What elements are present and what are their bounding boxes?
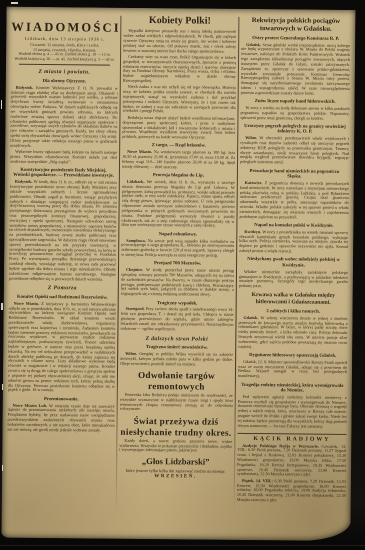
article-paragraph: Nowe Miasto. Na wtorkowym targu płacono … (122, 150, 235, 170)
paragraph-lead: Piątek, 14. VIII.: (242, 478, 275, 483)
scan-artifact (2, 465, 3, 471)
scan-artifact (1, 303, 3, 310)
article-subhead: Prowokacje band niemieckich na pogranicz… (242, 169, 347, 181)
article-paragraph: Gdańsk, 12. 8. Minister sprawiedliwości … (238, 360, 347, 380)
scan-edge-line (0, 545, 365, 546)
article-paragraph: Sampława. Na szosie pod wsią napadło kil… (121, 238, 234, 258)
article-headline: Kobiety Polki! (123, 16, 236, 28)
article-paragraph: Nowe Miasto Lub. W ostatnim czasie daje … (7, 403, 114, 433)
scan-artifact (2, 384, 3, 390)
article-headline: Świat przeżywa dziś niesłychanie trudny … (119, 416, 232, 438)
article-paragraph: Białystok. Komitet Wykonawczy F. O. N. p… (10, 86, 118, 150)
article-paragraph: Gdańsk. Senat gdański wydał rozporządzen… (241, 43, 351, 97)
article-headline: Krwawa walka w Gdańsku między hitlerowca… (239, 292, 348, 306)
paragraph-lead: Wilno. (245, 135, 259, 140)
article-paragraph: Wilno. W obecności przedstawicieli władz… (240, 136, 349, 166)
paragraph-lead: Nowe Miasto Lub. (13, 402, 49, 407)
radio-programme: Piątek, 14. VIII.: 6.30 Pieśń poranna, 7… (237, 479, 346, 504)
calendar-line: Wschód księżyca g. 20 — m. 45. Zachód ks… (11, 57, 118, 63)
paragraph-lead: Nowe Miasto. (127, 149, 154, 154)
article-paragraph: W nocy z wtorku na środę dokonano znowu … (240, 106, 349, 121)
article-paragraph: Władze niemieckie zarządziły zamknięcie … (239, 270, 348, 290)
paragraph-lead: Nowe Miasto. (14, 300, 42, 305)
scan-artifact (1, 100, 2, 109)
ad-month: WRZESIEŃ. (154, 474, 197, 479)
article-paragraph: Chojnice. W środę przejechał przez nasze… (121, 268, 234, 298)
paragraph-lead: Starogard. (126, 306, 146, 311)
article-paragraph: Wpłacone kwoty ogłaszane będą kolejno na… (10, 150, 117, 165)
paragraph-lead: Gdańsk. (246, 42, 262, 47)
dateline: Lidzbark, dnia 13 sierpnia 1936 r. (11, 36, 118, 42)
article-paragraph: Pomorska Izba Rolnicza podaje niniejszem… (120, 393, 233, 413)
article-paragraph: Nowe Miasto. Z inicjatywy p. burmistrza … (8, 301, 116, 393)
article-paragraph: Gdańsk. W sobotę wieczorem doszło w jedn… (238, 316, 347, 351)
page-columns: WIADOMOŚCILidzbark, dnia 13 sierpnia 193… (6, 13, 350, 541)
article-paragraph: Czekamy więc na wasz czyn, Polki! Organi… (123, 55, 236, 85)
newspaper-page: WIADOMOŚCILidzbark, dnia 13 sierpnia 193… (1, 7, 355, 541)
article-subhead: Niesłychany gwałt wobec młodzieży polski… (241, 257, 346, 269)
article-subhead: Uroczysty pogrzeb poległych na granicy s… (242, 124, 347, 136)
paragraph-lead: Gdańsk. (244, 315, 261, 320)
calendar-block: Czwartek: 12 sierpnia, środa, Klary i Le… (11, 43, 118, 62)
scan-artifact (11, 2, 18, 4)
masthead-rule (19, 64, 110, 66)
paragraph-lead: Chojnice. (126, 267, 146, 272)
newspaper-ad-title: „Głos Lidzbarski” (119, 456, 232, 467)
column-right: Rekwizycja polskich pociągów towarowych … (236, 15, 350, 541)
paragraph-lead: Lidzbark. (127, 179, 147, 184)
article-subhead: Tragedja rodziny niemieckiej, która wyem… (240, 382, 345, 394)
article-headline: Rekwizycja polskich pociągów towarowych … (241, 17, 350, 33)
column-left: WIADOMOŚCILidzbark, dnia 13 sierpnia 193… (6, 13, 118, 539)
radio-section-heading: KĄCIK RADJOWY (237, 432, 346, 443)
section-heading: Z Pomorza (9, 285, 116, 292)
paragraph-lead: Audycje Polskiego Radja w Warszawie. (242, 442, 321, 448)
newspaper-scan-photo: { "meta": { "kind": "scanned newspaper p… (0, 0, 365, 550)
article-headline: Odwołanie targów remontowych (120, 370, 233, 392)
radio-programme: Audycje Polskiego Radja w Warszawie. Czw… (237, 443, 346, 478)
article-paragraph: Wypadki dziejowe postawiły nas i naszą m… (123, 29, 236, 54)
article-paragraph: Starogard. Przy zwózce zboża spadł z nał… (120, 307, 233, 332)
article-paragraph: Wilno. Onegdaj w pobliżu Wilna wywrócił … (120, 352, 233, 368)
article-paragraph: Kwidzyn. W nocy z poniedziałku na wtorek… (239, 230, 348, 255)
newspaper-ad-note: które jeszcze tylko kilka dni zapisywać … (119, 468, 232, 481)
article-paragraph: Każdy dzień, a nawet godzina przynosi no… (119, 439, 232, 455)
article-paragraph: Pod wpływem agitacji niektórzy koloniści… (237, 395, 346, 430)
article-paragraph: Katowice. Z pogranicza donoszą o nowych … (239, 181, 348, 221)
paragraph-lead: Sampława. (126, 237, 148, 242)
paragraph-lead: Białystok. (16, 85, 36, 90)
paragraph-lead: Kwidzyn. (244, 229, 262, 234)
paragraph-lead: Katowice. (245, 180, 265, 185)
article-paragraph: Niech żadna z was nie uchyli się od tego… (123, 85, 236, 115)
section-heading: Z dalszych stron Polski (120, 335, 233, 342)
article-paragraph: Lidzbark. We wtorek, dnia 11 b. m., wyru… (121, 180, 234, 229)
newspaper-title: WIADOMOŚCI (11, 20, 118, 36)
paragraph-lead: Wilno. (125, 351, 139, 356)
article-paragraph: Redakcja nasza chętnie służyć będzie wsz… (122, 116, 235, 141)
article-headline: Konstytucyjne posiedzenie Rady Miejskiej… (12, 168, 115, 180)
section-heading: Z miasta i powiatu. (11, 69, 118, 76)
column-middle: Kobiety Polki!Wypadki dziejowe postawiły… (118, 14, 236, 540)
paragraph-lead: Białystok. (15, 179, 34, 184)
article-paragraph: Białystok. W środę, dnia 11 b. m., odbył… (9, 180, 117, 282)
